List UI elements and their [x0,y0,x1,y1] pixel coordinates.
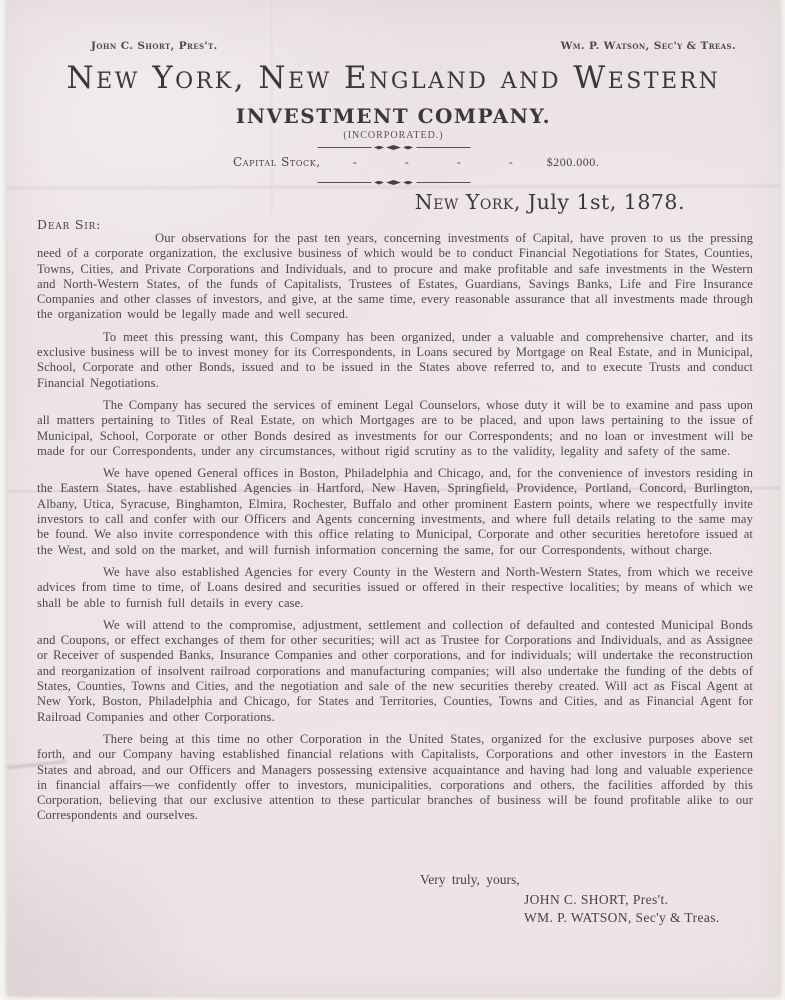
paragraph: There being at this time no other Corpor… [37,732,753,824]
officers-row: John C. Short, Pres't. Wm. P. Watson, Se… [91,40,736,52]
paragraph: The Company has secured the services of … [37,398,753,459]
capital-stock-value: $200.000. [547,155,600,170]
divider-ornament-icon [317,145,470,150]
paragraph: We have opened General offices in Boston… [37,466,753,558]
company-type-heading: INVESTMENT COMPANY. [7,104,780,128]
letter-page: John C. Short, Pres't. Wm. P. Watson, Se… [7,0,780,996]
signature-president: JOHN C. SHORT, Pres't. [524,891,720,909]
paragraph: To meet this pressing want, this Company… [37,330,753,391]
capital-stock-row: Capital Stock, - - - - $200.000. [233,155,780,170]
document-scan: John C. Short, Pres't. Wm. P. Watson, Se… [0,0,785,1000]
dateline-date: July 1st, 1878. [528,190,685,214]
company-name-heading: New York, New England and Western [7,60,780,96]
letter-body: Our observations for the past ten years,… [37,231,753,831]
officer-president-label: John C. Short, Pres't. [91,40,218,52]
signature-secretary: WM. P. WATSON, Sec'y & Treas. [524,909,720,927]
capital-stock-dashes: - - - - [353,155,513,170]
diamond-ornament-icon [374,145,413,150]
closing-block: Very truly, yours, JOHN C. SHORT, Pres't… [420,872,720,926]
divider-ornament-icon [317,180,470,185]
capital-stock-label: Capital Stock, [233,155,321,169]
paragraph: We have also established Agencies for ev… [37,565,753,611]
fold-crease-upper [7,185,780,189]
diamond-ornament-icon [374,180,413,185]
officer-secretary-label: Wm. P. Watson, Sec'y & Treas. [561,40,736,52]
signature-block: JOHN C. SHORT, Pres't. WM. P. WATSON, Se… [524,891,720,926]
dateline-place: New York, [415,190,521,214]
incorporated-note: (INCORPORATED.) [7,130,780,141]
paragraph: We will attend to the compromise, adjust… [37,618,753,725]
paragraph: Our observations for the past ten years,… [37,231,753,323]
dateline: New York, July 1st, 1878. [7,190,685,214]
salutation: Dear Sir: [37,217,101,232]
valediction: Very truly, yours, [420,872,720,888]
